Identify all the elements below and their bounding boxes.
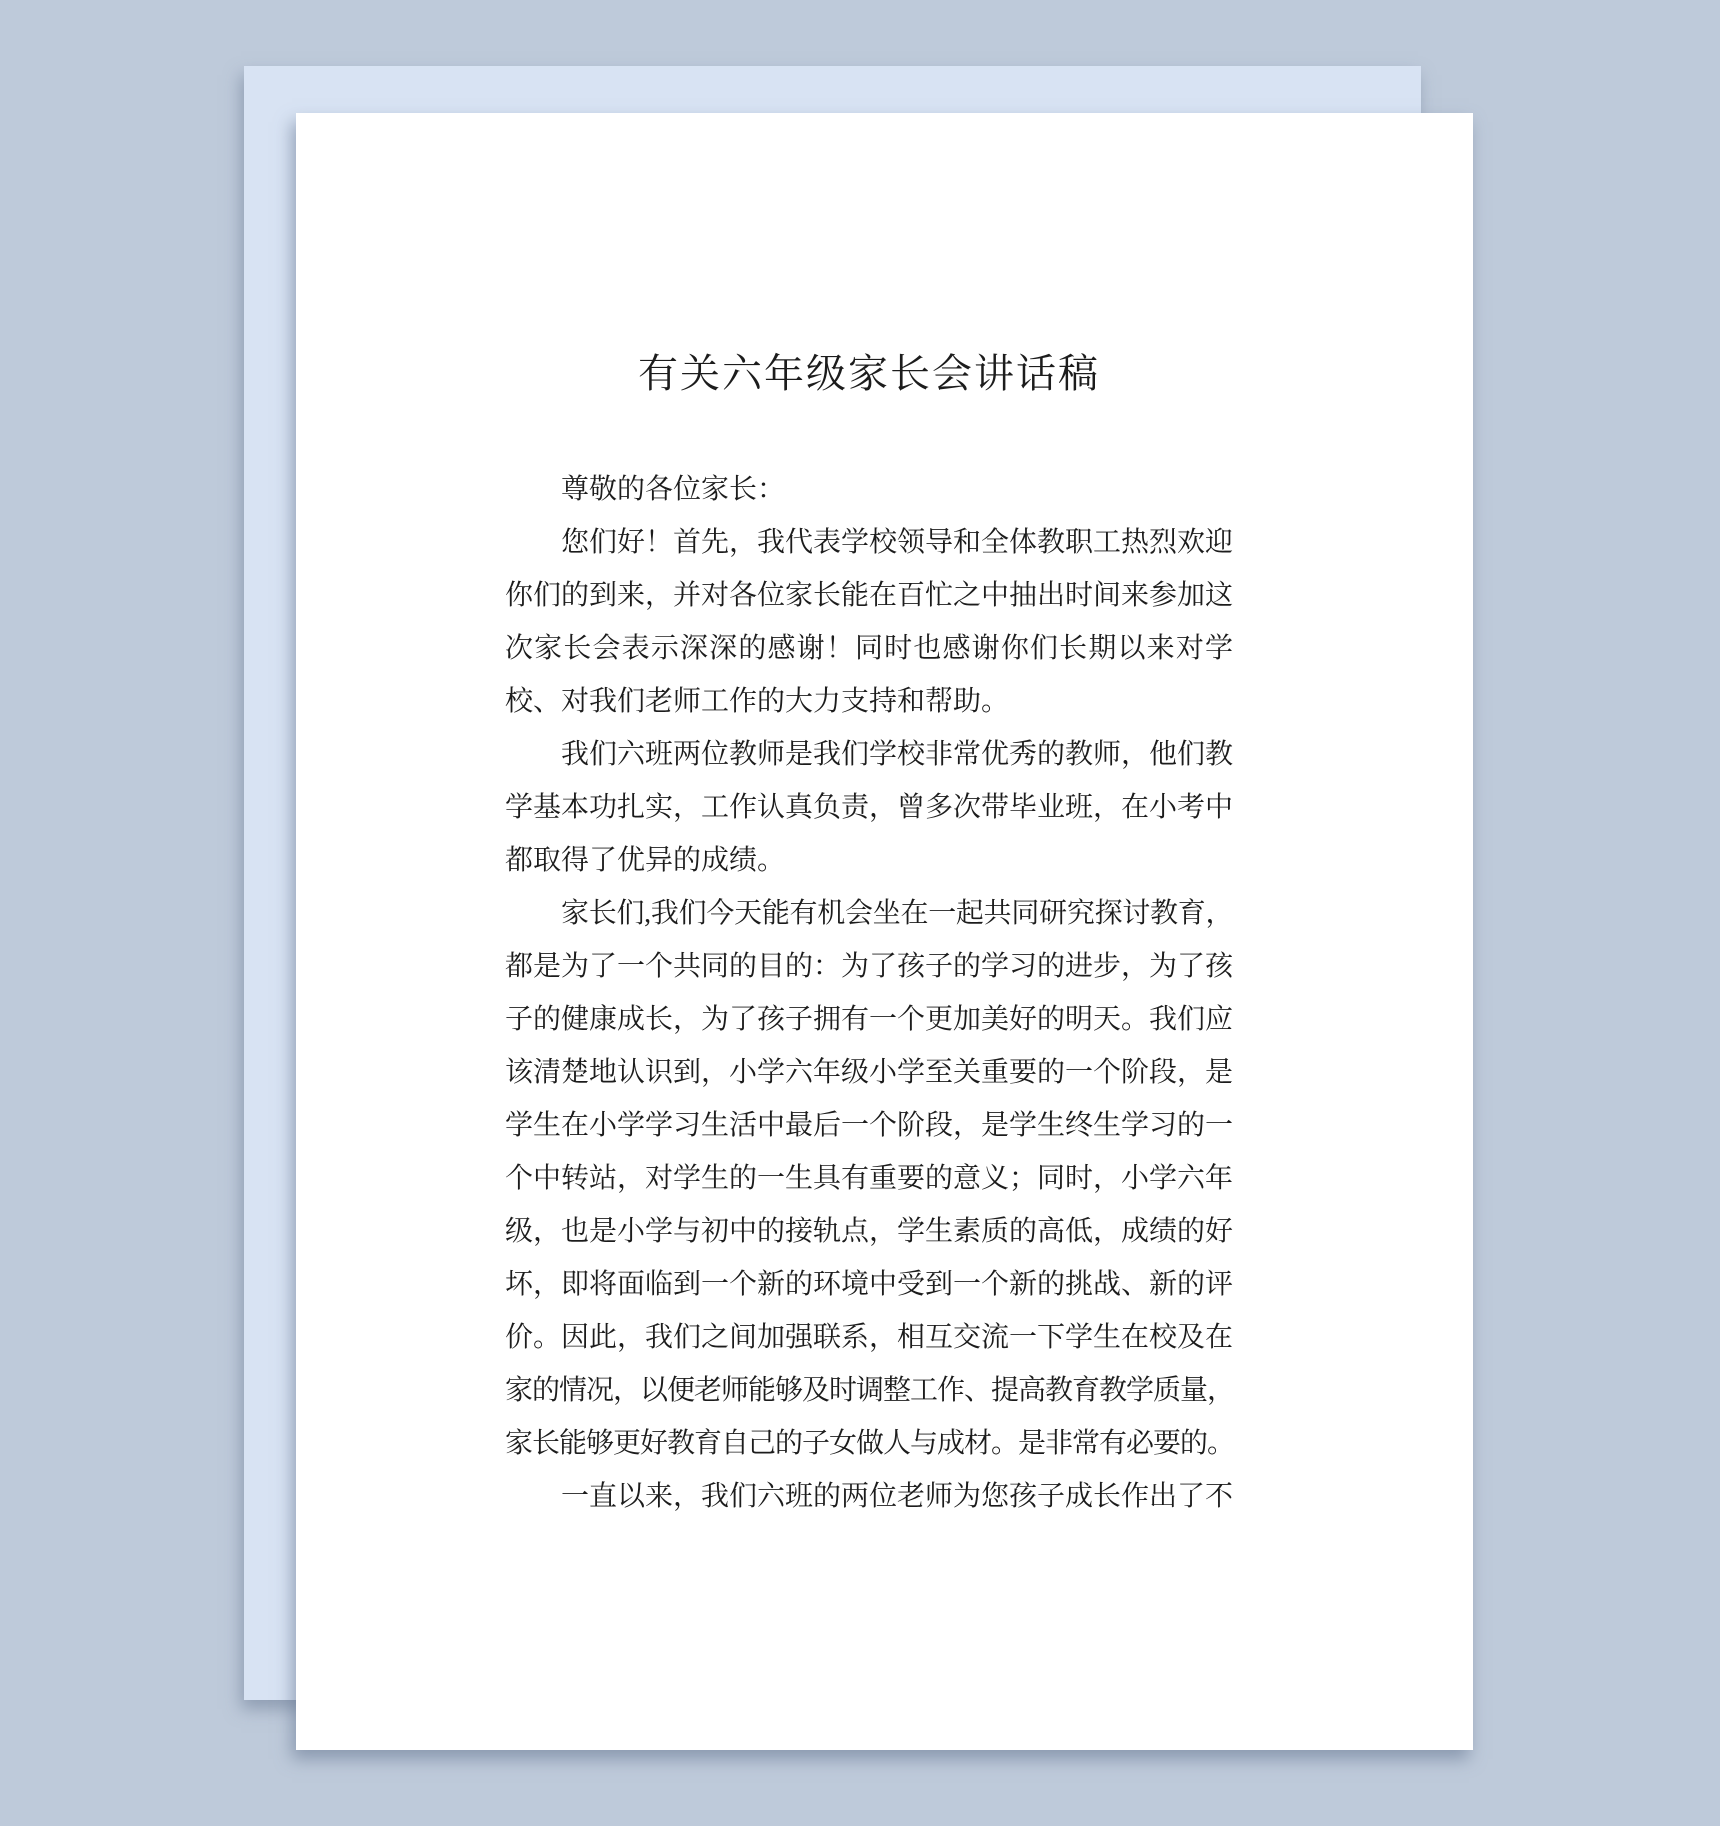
text-line: 家长能够更好教育自己的子女做人与成材。是非常有必要的。 [505,1417,1233,1470]
text-line: 你们的到来，并对各位家长能在百忙之中抽出时间来参加这 [505,569,1233,622]
text-line: 家长们,我们今天能有机会坐在一起共同研究探讨教育， [505,887,1233,940]
text-line: 都取得了优异的成绩。 [505,834,1233,887]
text-line: 学基本功扎实，工作认真负责，曾多次带毕业班，在小考中 [505,781,1233,834]
text-line: 子的健康成长，为了孩子拥有一个更加美好的明天。我们应 [505,993,1233,1046]
text-line: 次家长会表示深深的感谢！同时也感谢你们长期以来对学 [505,622,1233,675]
text-line: 尊敬的各位家长： [505,463,1233,516]
document-preview-background: 有关六年级家长会讲话稿 尊敬的各位家长： 您们好！首先，我代表学校领导和全体教职… [0,0,1720,1826]
text-line: 个中转站，对学生的一生具有重要的意义；同时，小学六年 [505,1152,1233,1205]
text-line: 一直以来，我们六班的两位老师为您孩子成长作出了不 [505,1470,1233,1523]
document-page: 有关六年级家长会讲话稿 尊敬的各位家长： 您们好！首先，我代表学校领导和全体教职… [296,113,1473,1750]
text-line: 该清楚地认识到，小学六年级小学至关重要的一个阶段，是 [505,1046,1233,1099]
text-line: 价。因此，我们之间加强联系，相互交流一下学生在校及在 [505,1311,1233,1364]
text-line: 级，也是小学与初中的接轨点，学生素质的高低，成绩的好 [505,1205,1233,1258]
document-body: 尊敬的各位家长： 您们好！首先，我代表学校领导和全体教职工热烈欢迎 你们的到来，… [505,463,1233,1523]
text-line: 坏，即将面临到一个新的环境中受到一个新的挑战、新的评 [505,1258,1233,1311]
text-line: 您们好！首先，我代表学校领导和全体教职工热烈欢迎 [505,516,1233,569]
document-title: 有关六年级家长会讲话稿 [505,346,1233,402]
text-line: 都是为了一个共同的目的：为了孩子的学习的进步，为了孩 [505,940,1233,993]
text-line: 我们六班两位教师是我们学校非常优秀的教师，他们教 [505,728,1233,781]
text-line: 校、对我们老师工作的大力支持和帮助。 [505,675,1233,728]
text-line: 家的情况，以便老师能够及时调整工作、提高教育教学质量， [505,1364,1233,1417]
text-line: 学生在小学学习生活中最后一个阶段，是学生终生学习的一 [505,1099,1233,1152]
